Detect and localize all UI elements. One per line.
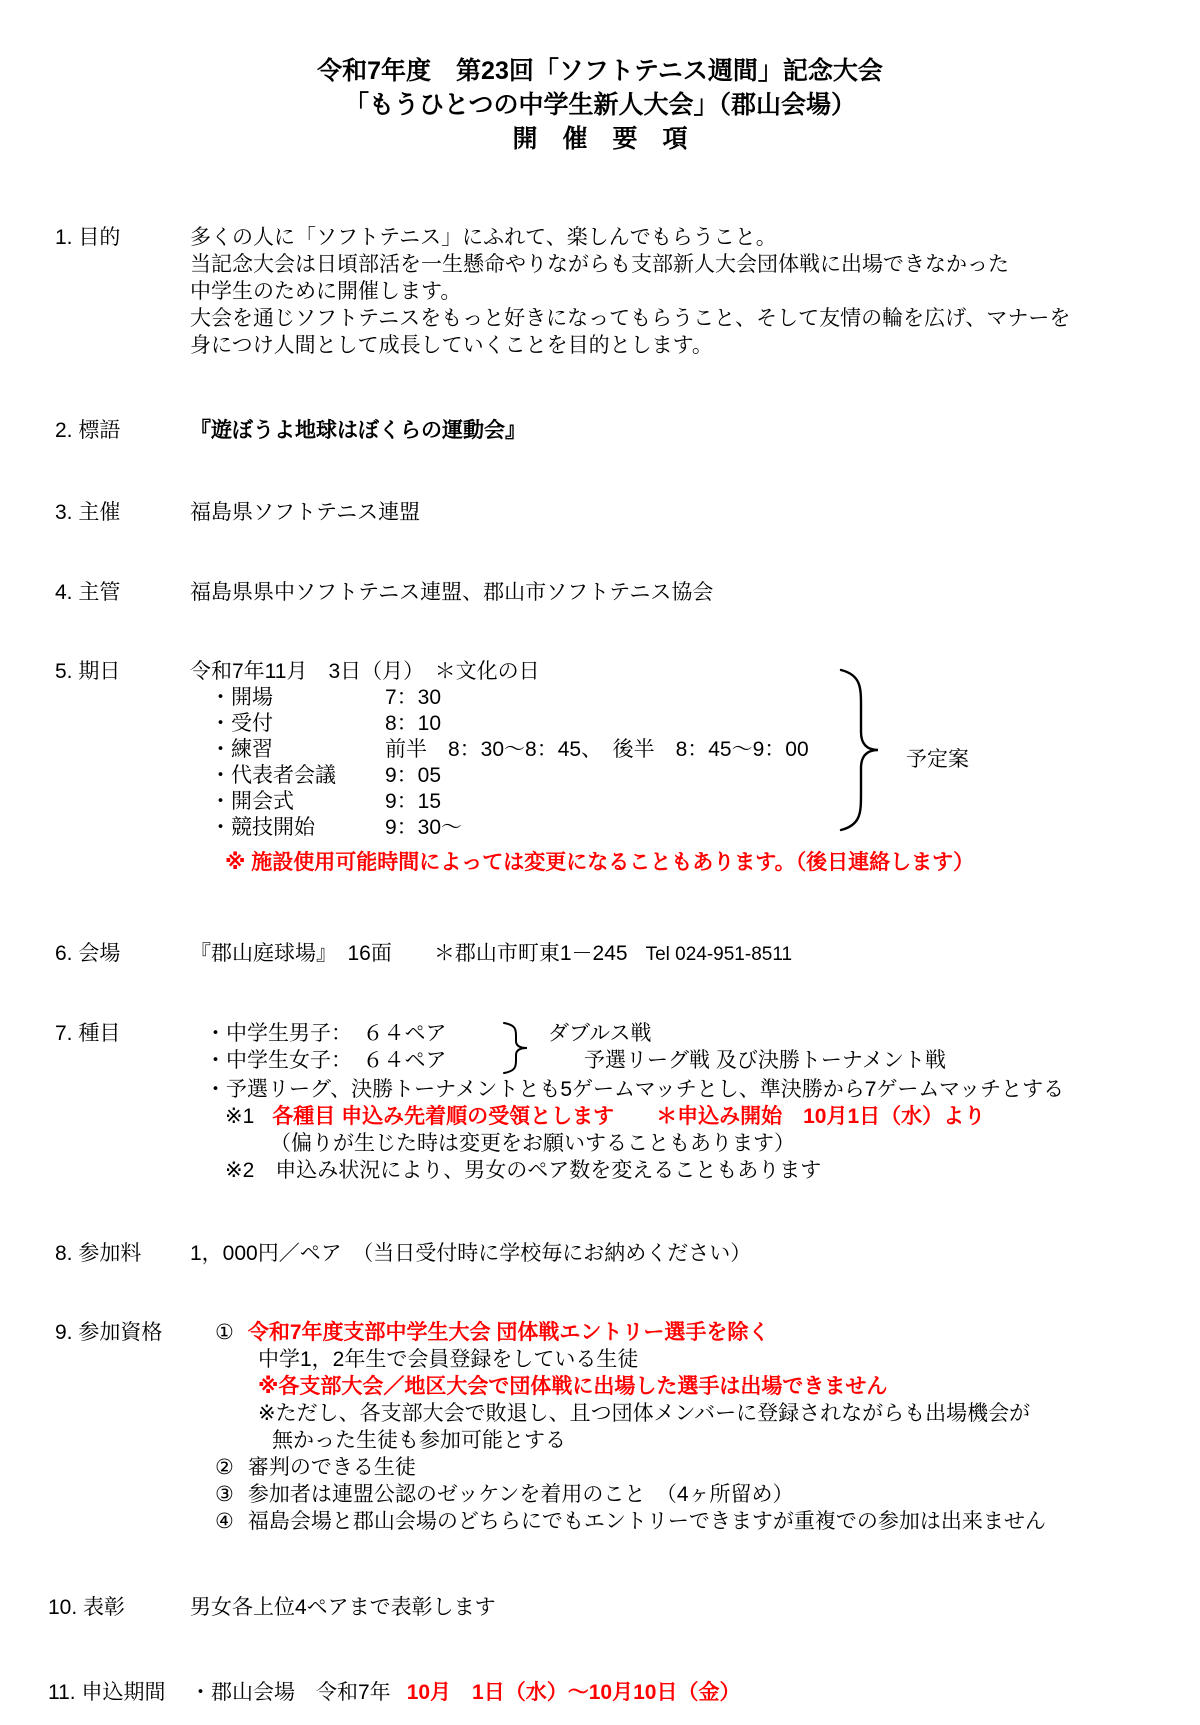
venue-line: 『郡山庭球場』 16面 ＊郡山市町東1－245Tel 024-951-8511: [190, 940, 1200, 968]
eligibility-line: 中学1，2年生で会員登録をしている生徒: [190, 1346, 1200, 1373]
host-text: 福島県ソフトテニス連盟: [190, 499, 1200, 526]
section-application-period: 11. 申込期間 ・郡山会場 令和7年10月 1日（水）～10月10日（金）: [48, 1679, 1200, 1706]
section-venue: 6. 会場 『郡山庭球場』 16面 ＊郡山市町東1－245Tel 024-951…: [48, 940, 1200, 968]
section-label: 8. 参加料: [48, 1240, 190, 1267]
text-line: 身につけ人間として成長していくことを目的とします。: [190, 332, 1200, 359]
eligibility-item-4: ④福島会場と郡山会場のどちらにでもエントリーできますが重複での参加は出来ません: [190, 1508, 1200, 1535]
schedule-change-note: ※ 施設使用可能時間によっては変更になることもあります。（後日連絡します）: [225, 849, 1200, 876]
events-format-line: ダブルス戦: [548, 1020, 946, 1047]
text-line: 多くの人に「ソフトテニス」にふれて、楽しんでもらうこと。: [190, 224, 1200, 251]
item-number: ①: [215, 1321, 234, 1344]
section-label: 10. 表彰: [48, 1594, 190, 1621]
schedule-item-time: 9：15: [385, 789, 441, 815]
title-line-3: 開 催 要 項: [0, 122, 1200, 156]
schedule-row: ・開会式 9：15: [210, 789, 1200, 815]
schedule-item-name: ・競技開始: [210, 815, 385, 841]
schedule-item-time: 8：10: [385, 711, 441, 737]
schedule-item-time: 前半 8：30～8：45、 後半 8：45～9：00: [385, 737, 809, 763]
item-text: 参加者は連盟公認のゼッケンを着用のこと （4ヶ所留め）: [248, 1483, 794, 1506]
item-text: 福島会場と郡山会場のどちらにでもエントリーできますが重複での参加は出来ません: [248, 1510, 1046, 1533]
section-label: 1. 目的: [48, 224, 190, 359]
schedule-item-name: ・代表者会議: [210, 763, 385, 789]
item-number: ④: [215, 1510, 234, 1533]
events-brace-icon: [500, 1020, 530, 1076]
section-purpose: 1. 目的 多くの人に「ソフトテニス」にふれて、楽しんでもらうこと。 当記念大会…: [48, 224, 1200, 359]
section-events: 7. 種目 ・中学生男子： ６４ペア ・中学生女子： ６４ペア ダブルス戦 予選…: [48, 1020, 1200, 1184]
section-label: 3. 主催: [48, 499, 190, 526]
events-entry: ・中学生女子： ６４ペア: [205, 1047, 500, 1074]
awards-text: 男女各上位4ペアまで表彰します: [190, 1594, 1200, 1621]
eligibility-item-2: ②審判のできる生徒: [190, 1454, 1200, 1481]
schedule-row: ・代表者会議 9：05: [210, 763, 1200, 789]
application-line: ・郡山会場 令和7年10月 1日（水）～10月10日（金）: [190, 1679, 1200, 1706]
item-red-text: 令和7年度支部中学生大会 団体戦エントリー選手を除く: [248, 1321, 770, 1344]
title-line-2: 「もうひとつの中学生新人大会」（郡山会場）: [0, 88, 1200, 122]
section-date: 5. 期日 令和7年11月 3日（月） ＊文化の日 ・開場 7：30 ・受付 8…: [48, 658, 1200, 876]
section-label: 6. 会場: [48, 940, 190, 968]
text-line: 大会を通じソフトテニスをもっと好きになってもらうこと、そして友情の輪を広げ、マナ…: [190, 305, 1200, 332]
fee-text: 1，000円／ペア （当日受付時に学校毎にお納めください）: [190, 1240, 1200, 1267]
schedule-row: ・練習 前半 8：30～8：45、 後半 8：45～9：00: [210, 737, 1200, 763]
eligibility-line: ※ただし、各支部大会で敗退し、且つ団体メンバーに登録されながらも出場機会が: [190, 1400, 1200, 1427]
schedule-item-name: ・開場: [210, 685, 385, 711]
item-number: ③: [215, 1483, 234, 1506]
schedule-item-time: 9：05: [385, 763, 441, 789]
text-line: 当記念大会は日頃部活を一生懸命やりながらも支部新人大会団体戦に出場できなかった: [190, 251, 1200, 278]
section-host: 3. 主催 福島県ソフトテニス連盟: [48, 499, 1200, 526]
section-label: 4. 主管: [48, 579, 190, 606]
schedule-item-time: 7：30: [385, 685, 441, 711]
section-content: 多くの人に「ソフトテニス」にふれて、楽しんでもらうこと。 当記念大会は日頃部活を…: [190, 224, 1200, 359]
schedule-item-time: 9：30～: [385, 815, 462, 841]
note-number: ※1: [225, 1105, 254, 1128]
events-format-line: 予選リーグ戦 及び決勝トーナメント戦: [548, 1047, 946, 1074]
schedule-item-name: ・受付: [210, 711, 385, 737]
schedule-row: ・受付 8：10: [210, 711, 1200, 737]
section-label: 7. 種目: [48, 1020, 190, 1184]
section-label: 11. 申込期間: [48, 1679, 190, 1706]
schedule-row: ・開場 7：30: [210, 685, 1200, 711]
events-note-1: ※1各種目 申込み先着順の受領とします ＊申込み開始 10月1日（水）より: [190, 1103, 1200, 1130]
schedule-item-name: ・開会式: [210, 789, 385, 815]
section-fee: 8. 参加料 1，000円／ペア （当日受付時に学校毎にお納めください）: [48, 1240, 1200, 1267]
schedule-row: ・競技開始 9：30～: [210, 815, 1200, 841]
section-slogan: 2. 標語 『遊ぼうよ地球はぼくらの運動会』: [48, 417, 1200, 444]
application-period-red: 10月 1日（水）～10月10日（金）: [407, 1681, 741, 1704]
text-line: 中学生のために開催します。: [190, 278, 1200, 305]
section-eligibility: 9. 参加資格 ①令和7年度支部中学生大会 団体戦エントリー選手を除く 中学1，…: [48, 1319, 1200, 1535]
events-entry: ・中学生男子： ６４ペア: [205, 1020, 500, 1047]
events-note-2: ※2 申込み状況により、男女のペア数を変えることもあります: [190, 1157, 1200, 1184]
item-text: 審判のできる生徒: [248, 1456, 416, 1479]
eligibility-line: 無かった生徒も参加可能とする: [190, 1427, 1200, 1454]
event-date: 令和7年11月 3日（月） ＊文化の日: [190, 658, 1200, 685]
organizer-text: 福島県県中ソフトテニス連盟、郡山市ソフトテニス協会: [190, 579, 1200, 606]
events-entries-block: ・中学生男子： ６４ペア ・中学生女子： ６４ペア ダブルス戦 予選リーグ戦 及…: [190, 1020, 1200, 1076]
eligibility-item-1: ①令和7年度支部中学生大会 団体戦エントリー選手を除く: [190, 1319, 1200, 1346]
schedule-brace-label: 予定案: [906, 746, 969, 773]
eligibility-item-3: ③参加者は連盟公認のゼッケンを着用のこと （4ヶ所留め）: [190, 1481, 1200, 1508]
eligibility-red-line: ※各支部大会／地区大会で団体戦に出場した選手は出場できません: [190, 1373, 1200, 1400]
section-label: 2. 標語: [48, 417, 190, 444]
schedule-brace-icon: [835, 666, 881, 834]
item-number: ②: [215, 1456, 234, 1479]
section-label: 5. 期日: [48, 658, 190, 876]
document-title: 令和7年度 第23回「ソフトテニス週間」記念大会 「もうひとつの中学生新人大会」…: [0, 0, 1200, 156]
events-rule: ・予選リーグ、決勝トーナメントとも5ゲームマッチとし、準決勝から7ゲームマッチと…: [190, 1076, 1200, 1103]
application-prefix: ・郡山会場 令和7年: [190, 1681, 391, 1704]
section-label: 9. 参加資格: [48, 1319, 190, 1535]
section-awards: 10. 表彰 男女各上位4ペアまで表彰します: [48, 1594, 1200, 1621]
events-note-1-sub: （偏りが生じた時は変更をお願いすることもあります）: [190, 1130, 1200, 1157]
slogan-text: 『遊ぼうよ地球はぼくらの運動会』: [190, 417, 1200, 444]
section-organizer: 4. 主管 福島県県中ソフトテニス連盟、郡山市ソフトテニス協会: [48, 579, 1200, 606]
document-page: 令和7年度 第23回「ソフトテニス週間」記念大会 「もうひとつの中学生新人大会」…: [0, 0, 1200, 1725]
venue-text: 『郡山庭球場』 16面 ＊郡山市町東1－245: [190, 942, 628, 965]
schedule-table: ・開場 7：30 ・受付 8：10 ・練習 前半 8：30～8：45、 後半 8…: [210, 685, 1200, 841]
title-line-1: 令和7年度 第23回「ソフトテニス週間」記念大会: [0, 54, 1200, 88]
note-red-text: 各種目 申込み先着順の受領とします ＊申込み開始 10月1日（水）より: [272, 1105, 985, 1128]
venue-tel: Tel 024-951-8511: [646, 944, 792, 965]
schedule-item-name: ・練習: [210, 737, 385, 763]
